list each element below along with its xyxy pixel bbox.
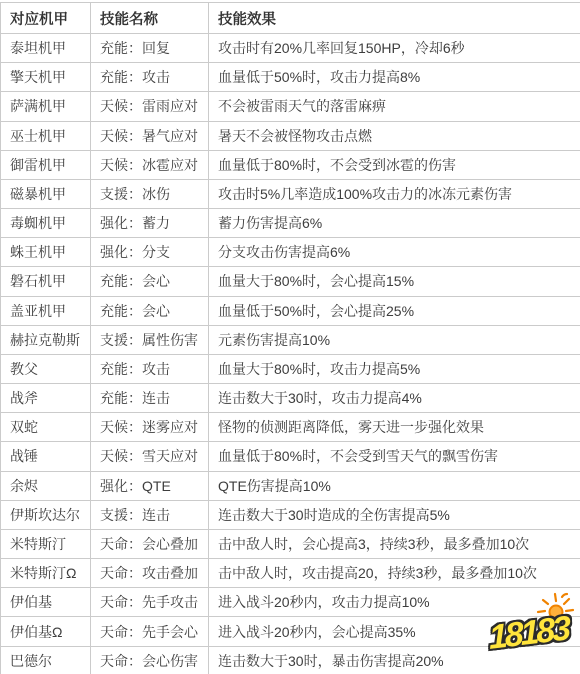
skill-effect-cell: 怪物的侦测距离降低，雾天进一步强化效果	[209, 413, 580, 442]
mecha-name-cell: 伊伯基	[1, 588, 91, 617]
skill-effect-cell: 连击数大于30时造成的全伤害提高5%	[209, 500, 580, 529]
table-row: 米特斯汀天命：会心叠加击中敌人时，会心提高3，持续3秒，最多叠加10次	[1, 529, 580, 558]
mecha-name-cell: 磁暴机甲	[1, 179, 91, 208]
header-skill-effect: 技能效果	[209, 3, 580, 34]
table-row: 巫士机甲天候：暑气应对暑天不会被怪物攻击点燃	[1, 121, 580, 150]
table-row: 毒蜘机甲强化：蓄力蓄力伤害提高6%	[1, 209, 580, 238]
mecha-name-cell: 萨满机甲	[1, 92, 91, 121]
table-row: 战斧充能：连击连击数大于30时，攻击力提高4%	[1, 384, 580, 413]
skill-name-cell: 天候：雪天应对	[91, 442, 209, 471]
skill-name-cell: 天命：先手攻击	[91, 588, 209, 617]
table-row: 磁暴机甲支援：冰伤攻击时5%几率造成100%攻击力的冰冻元素伤害	[1, 179, 580, 208]
mecha-name-cell: 米特斯汀Ω	[1, 559, 91, 588]
skill-effect-cell: 进入战斗20秒内，攻击力提高10%	[209, 588, 580, 617]
skill-effect-cell: 击中敌人时，会心提高3，持续3秒，最多叠加10次	[209, 529, 580, 558]
table-body: 泰坦机甲充能：回复攻击时有20%几率回复150HP，冷却6秒擎天机甲充能：攻击血…	[1, 34, 580, 674]
skill-effect-cell: 攻击时有20%几率回复150HP，冷却6秒	[209, 34, 580, 63]
mecha-name-cell: 伊斯坎达尔	[1, 500, 91, 529]
skill-name-cell: 天候：雷雨应对	[91, 92, 209, 121]
skill-name-cell: 强化：蓄力	[91, 209, 209, 238]
skill-name-cell: 支援：连击	[91, 500, 209, 529]
table-row: 盖亚机甲充能：会心血量低于50%时，会心提高25%	[1, 296, 580, 325]
skill-name-cell: 充能：攻击	[91, 63, 209, 92]
header-skill-name: 技能名称	[91, 3, 209, 34]
table-row: 萨满机甲天候：雷雨应对不会被雷雨天气的落雷麻痹	[1, 92, 580, 121]
skill-effect-cell: 暑天不会被怪物攻击点燃	[209, 121, 580, 150]
skill-effect-cell: 血量大于80%时，会心提高15%	[209, 267, 580, 296]
table-row: 巴德尔天命：会心伤害连击数大于30时，暴击伤害提高20%	[1, 646, 580, 674]
mecha-name-cell: 毒蜘机甲	[1, 209, 91, 238]
mecha-name-cell: 擎天机甲	[1, 63, 91, 92]
skill-effect-cell: 血量低于50%时，攻击力提高8%	[209, 63, 580, 92]
skill-effect-cell: 击中敌人时，攻击提高20，持续3秒，最多叠加10次	[209, 559, 580, 588]
mecha-name-cell: 巫士机甲	[1, 121, 91, 150]
skill-effect-cell: 连击数大于30时，暴击伤害提高20%	[209, 646, 580, 674]
skill-effect-cell: 蓄力伤害提高6%	[209, 209, 580, 238]
header-mecha: 对应机甲	[1, 3, 91, 34]
skill-effect-cell: 血量低于80%时，不会受到冰雹的伤害	[209, 150, 580, 179]
mecha-name-cell: 伊伯基Ω	[1, 617, 91, 646]
table-row: 御雷机甲天候：冰雹应对血量低于80%时，不会受到冰雹的伤害	[1, 150, 580, 179]
mecha-skill-table: 对应机甲 技能名称 技能效果 泰坦机甲充能：回复攻击时有20%几率回复150HP…	[0, 2, 580, 674]
skill-name-cell: 天命：会心叠加	[91, 529, 209, 558]
skill-name-cell: 充能：会心	[91, 296, 209, 325]
skill-name-cell: 天候：冰雹应对	[91, 150, 209, 179]
skill-effect-cell: 连击数大于30时，攻击力提高4%	[209, 384, 580, 413]
skill-name-cell: 充能：回复	[91, 34, 209, 63]
skill-name-cell: 天候：迷雾应对	[91, 413, 209, 442]
table-row: 赫拉克勒斯支援：属性伤害元素伤害提高10%	[1, 325, 580, 354]
table-row: 米特斯汀Ω天命：攻击叠加击中敌人时，攻击提高20，持续3秒，最多叠加10次	[1, 559, 580, 588]
skill-effect-cell: 进入战斗20秒内，会心提高35%	[209, 617, 580, 646]
table-row: 擎天机甲充能：攻击血量低于50%时，攻击力提高8%	[1, 63, 580, 92]
skill-effect-cell: 元素伤害提高10%	[209, 325, 580, 354]
skill-name-cell: 天候：暑气应对	[91, 121, 209, 150]
skill-name-cell: 充能：会心	[91, 267, 209, 296]
table-row: 教父充能：攻击血量大于80%时，攻击力提高5%	[1, 354, 580, 383]
skill-effect-cell: 攻击时5%几率造成100%攻击力的冰冻元素伤害	[209, 179, 580, 208]
mecha-name-cell: 双蛇	[1, 413, 91, 442]
skill-name-cell: 天命：先手会心	[91, 617, 209, 646]
skill-effect-cell: 血量低于50%时，会心提高25%	[209, 296, 580, 325]
skill-name-cell: 支援：属性伤害	[91, 325, 209, 354]
skill-name-cell: 强化：QTE	[91, 471, 209, 500]
skill-effect-cell: 分支攻击伤害提高6%	[209, 238, 580, 267]
mecha-name-cell: 御雷机甲	[1, 150, 91, 179]
skill-name-cell: 支援：冰伤	[91, 179, 209, 208]
mecha-name-cell: 巴德尔	[1, 646, 91, 674]
skill-effect-cell: 血量低于80%时，不会受到雪天气的飘雪伤害	[209, 442, 580, 471]
mecha-name-cell: 战斧	[1, 384, 91, 413]
mecha-name-cell: 蛛王机甲	[1, 238, 91, 267]
skill-effect-cell: 不会被雷雨天气的落雷麻痹	[209, 92, 580, 121]
mecha-name-cell: 盖亚机甲	[1, 296, 91, 325]
skill-name-cell: 天命：攻击叠加	[91, 559, 209, 588]
mecha-name-cell: 战锤	[1, 442, 91, 471]
skill-effect-cell: QTE伤害提高10%	[209, 471, 580, 500]
skill-name-cell: 充能：攻击	[91, 354, 209, 383]
table-row: 战锤天候：雪天应对血量低于80%时，不会受到雪天气的飘雪伤害	[1, 442, 580, 471]
table-row: 伊伯基Ω天命：先手会心进入战斗20秒内，会心提高35%	[1, 617, 580, 646]
table-row: 磐石机甲充能：会心血量大于80%时，会心提高15%	[1, 267, 580, 296]
skill-effect-cell: 血量大于80%时，攻击力提高5%	[209, 354, 580, 383]
mecha-skill-page: 对应机甲 技能名称 技能效果 泰坦机甲充能：回复攻击时有20%几率回复150HP…	[0, 0, 580, 674]
skill-name-cell: 充能：连击	[91, 384, 209, 413]
mecha-name-cell: 余烬	[1, 471, 91, 500]
table-row: 伊斯坎达尔支援：连击连击数大于30时造成的全伤害提高5%	[1, 500, 580, 529]
mecha-name-cell: 教父	[1, 354, 91, 383]
table-row: 伊伯基天命：先手攻击进入战斗20秒内，攻击力提高10%	[1, 588, 580, 617]
skill-name-cell: 天命：会心伤害	[91, 646, 209, 674]
mecha-name-cell: 赫拉克勒斯	[1, 325, 91, 354]
mecha-name-cell: 泰坦机甲	[1, 34, 91, 63]
header-row: 对应机甲 技能名称 技能效果	[1, 3, 580, 34]
table-row: 蛛王机甲强化：分支分支攻击伤害提高6%	[1, 238, 580, 267]
skill-name-cell: 强化：分支	[91, 238, 209, 267]
mecha-name-cell: 磐石机甲	[1, 267, 91, 296]
table-row: 双蛇天候：迷雾应对怪物的侦测距离降低，雾天进一步强化效果	[1, 413, 580, 442]
table-row: 泰坦机甲充能：回复攻击时有20%几率回复150HP，冷却6秒	[1, 34, 580, 63]
mecha-name-cell: 米特斯汀	[1, 529, 91, 558]
table-row: 余烬强化：QTEQTE伤害提高10%	[1, 471, 580, 500]
